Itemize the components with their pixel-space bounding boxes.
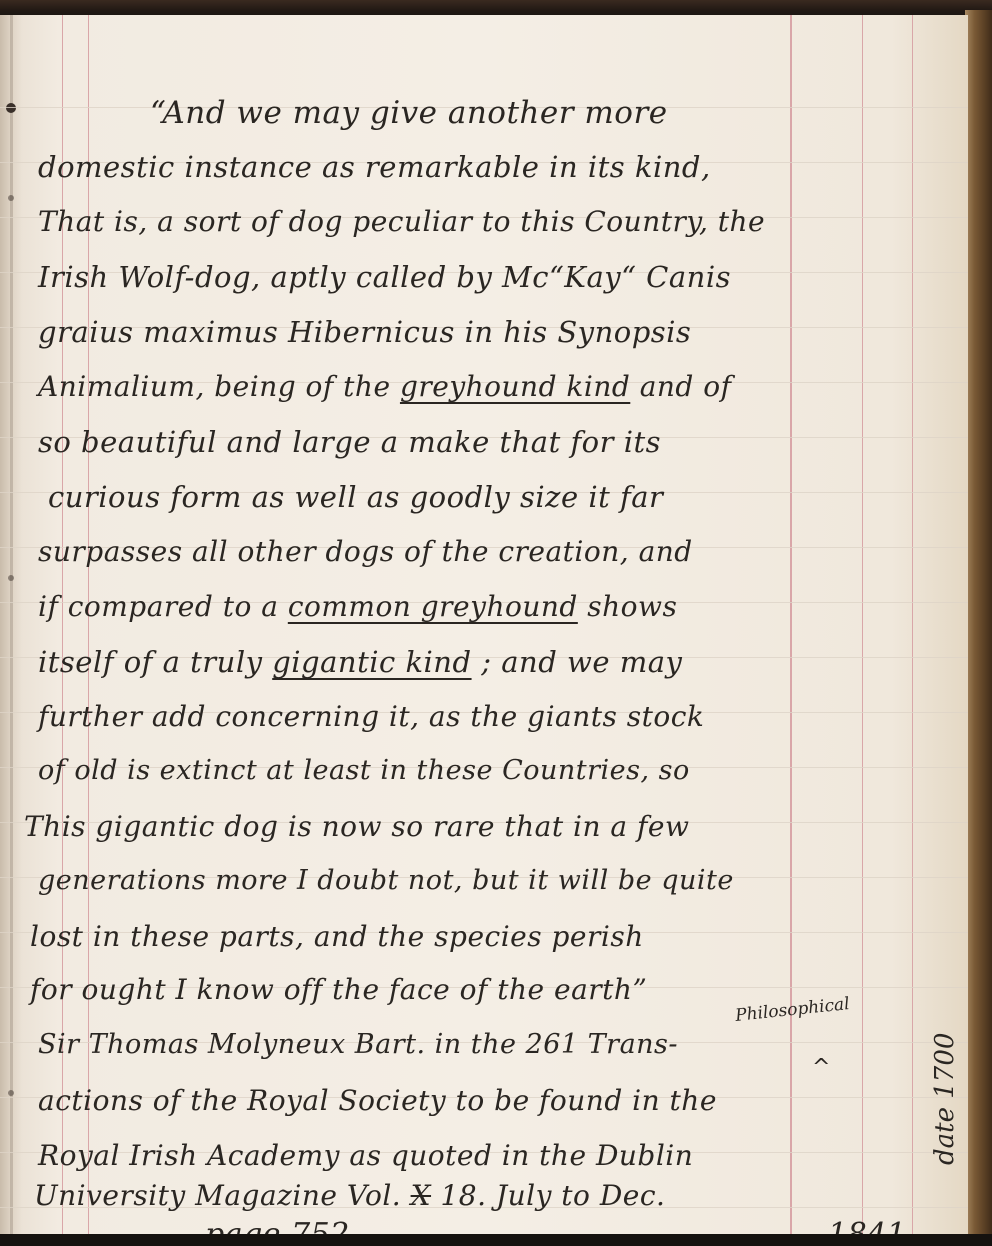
text-segment: shows: [578, 590, 678, 623]
text-line-21: University Magazine Vol. X 18. July to D…: [34, 1179, 665, 1212]
insertion-note-philosophical: Philosophical: [734, 994, 850, 1026]
text-line-12: further add concerning it, as the giants…: [38, 700, 704, 733]
text-line-18: Sir Thomas Molyneux Bart. in the 261 Tra…: [38, 1029, 678, 1060]
bottom-edge-shadow: [0, 1234, 992, 1246]
top-edge-shadow: [0, 0, 992, 16]
text-segment: 18. July to Dec.: [431, 1179, 665, 1212]
side-note-date: date 1700: [930, 1033, 960, 1165]
text-line-7: so beautiful and large a make that for i…: [38, 425, 661, 459]
text-line-10: if compared to a common greyhound shows: [38, 590, 677, 623]
book-binding-edge: [965, 10, 992, 1240]
text-line-3: That is, a sort of dog peculiar to this …: [38, 205, 765, 238]
text-line-14: This gigantic dog is now so rare that in…: [24, 810, 689, 843]
text-segment: itself of a truly: [38, 645, 272, 679]
text-line-15: generations more I doubt not, but it wil…: [38, 865, 734, 896]
text-segment: and of: [630, 370, 731, 403]
text-line-5: graius maximus Hibernicus in his Synopsi…: [38, 315, 691, 349]
page-reference: page 752.: [205, 1217, 360, 1235]
text-segment: ; and we may: [472, 645, 683, 679]
underlined-phrase: common greyhound: [288, 590, 578, 623]
text-line-1: “And we may give another more: [150, 95, 668, 131]
text-line-13: of old is extinct at least in these Coun…: [38, 755, 690, 786]
text-line-20: Royal Irish Academy as quoted in the Dub…: [38, 1139, 693, 1172]
year-1841: 1841.: [828, 1217, 916, 1235]
handwritten-text: “And we may give another more domestic i…: [0, 15, 968, 1235]
underlined-phrase: gigantic kind: [272, 645, 471, 679]
insertion-caret: ^: [812, 1055, 830, 1080]
text-line-2: domestic instance as remarkable in its k…: [38, 150, 711, 184]
text-line-19: actions of the Royal Society to be found…: [38, 1084, 717, 1117]
text-segment: Animalium, being of the: [38, 370, 400, 403]
text-line-8: curious form as well as goodly size it f…: [48, 480, 663, 514]
underlined-phrase: greyhound kind: [400, 370, 630, 403]
struck-out-mark: X: [411, 1179, 431, 1212]
text-segment: University Magazine Vol.: [34, 1179, 411, 1212]
text-line-17: for ought I know off the face of the ear…: [30, 973, 647, 1006]
text-line-6: Animalium, being of the greyhound kind a…: [38, 370, 731, 403]
text-line-16: lost in these parts, and the species per…: [30, 920, 644, 953]
notebook-page: “And we may give another more domestic i…: [0, 15, 968, 1235]
text-segment: if compared to a: [38, 590, 288, 623]
text-line-4: Irish Wolf-dog, aptly called by Mc“Kay“ …: [38, 260, 731, 294]
text-line-9: surpasses all other dogs of the creation…: [38, 535, 693, 568]
text-line-11: itself of a truly gigantic kind ; and we…: [38, 645, 682, 679]
